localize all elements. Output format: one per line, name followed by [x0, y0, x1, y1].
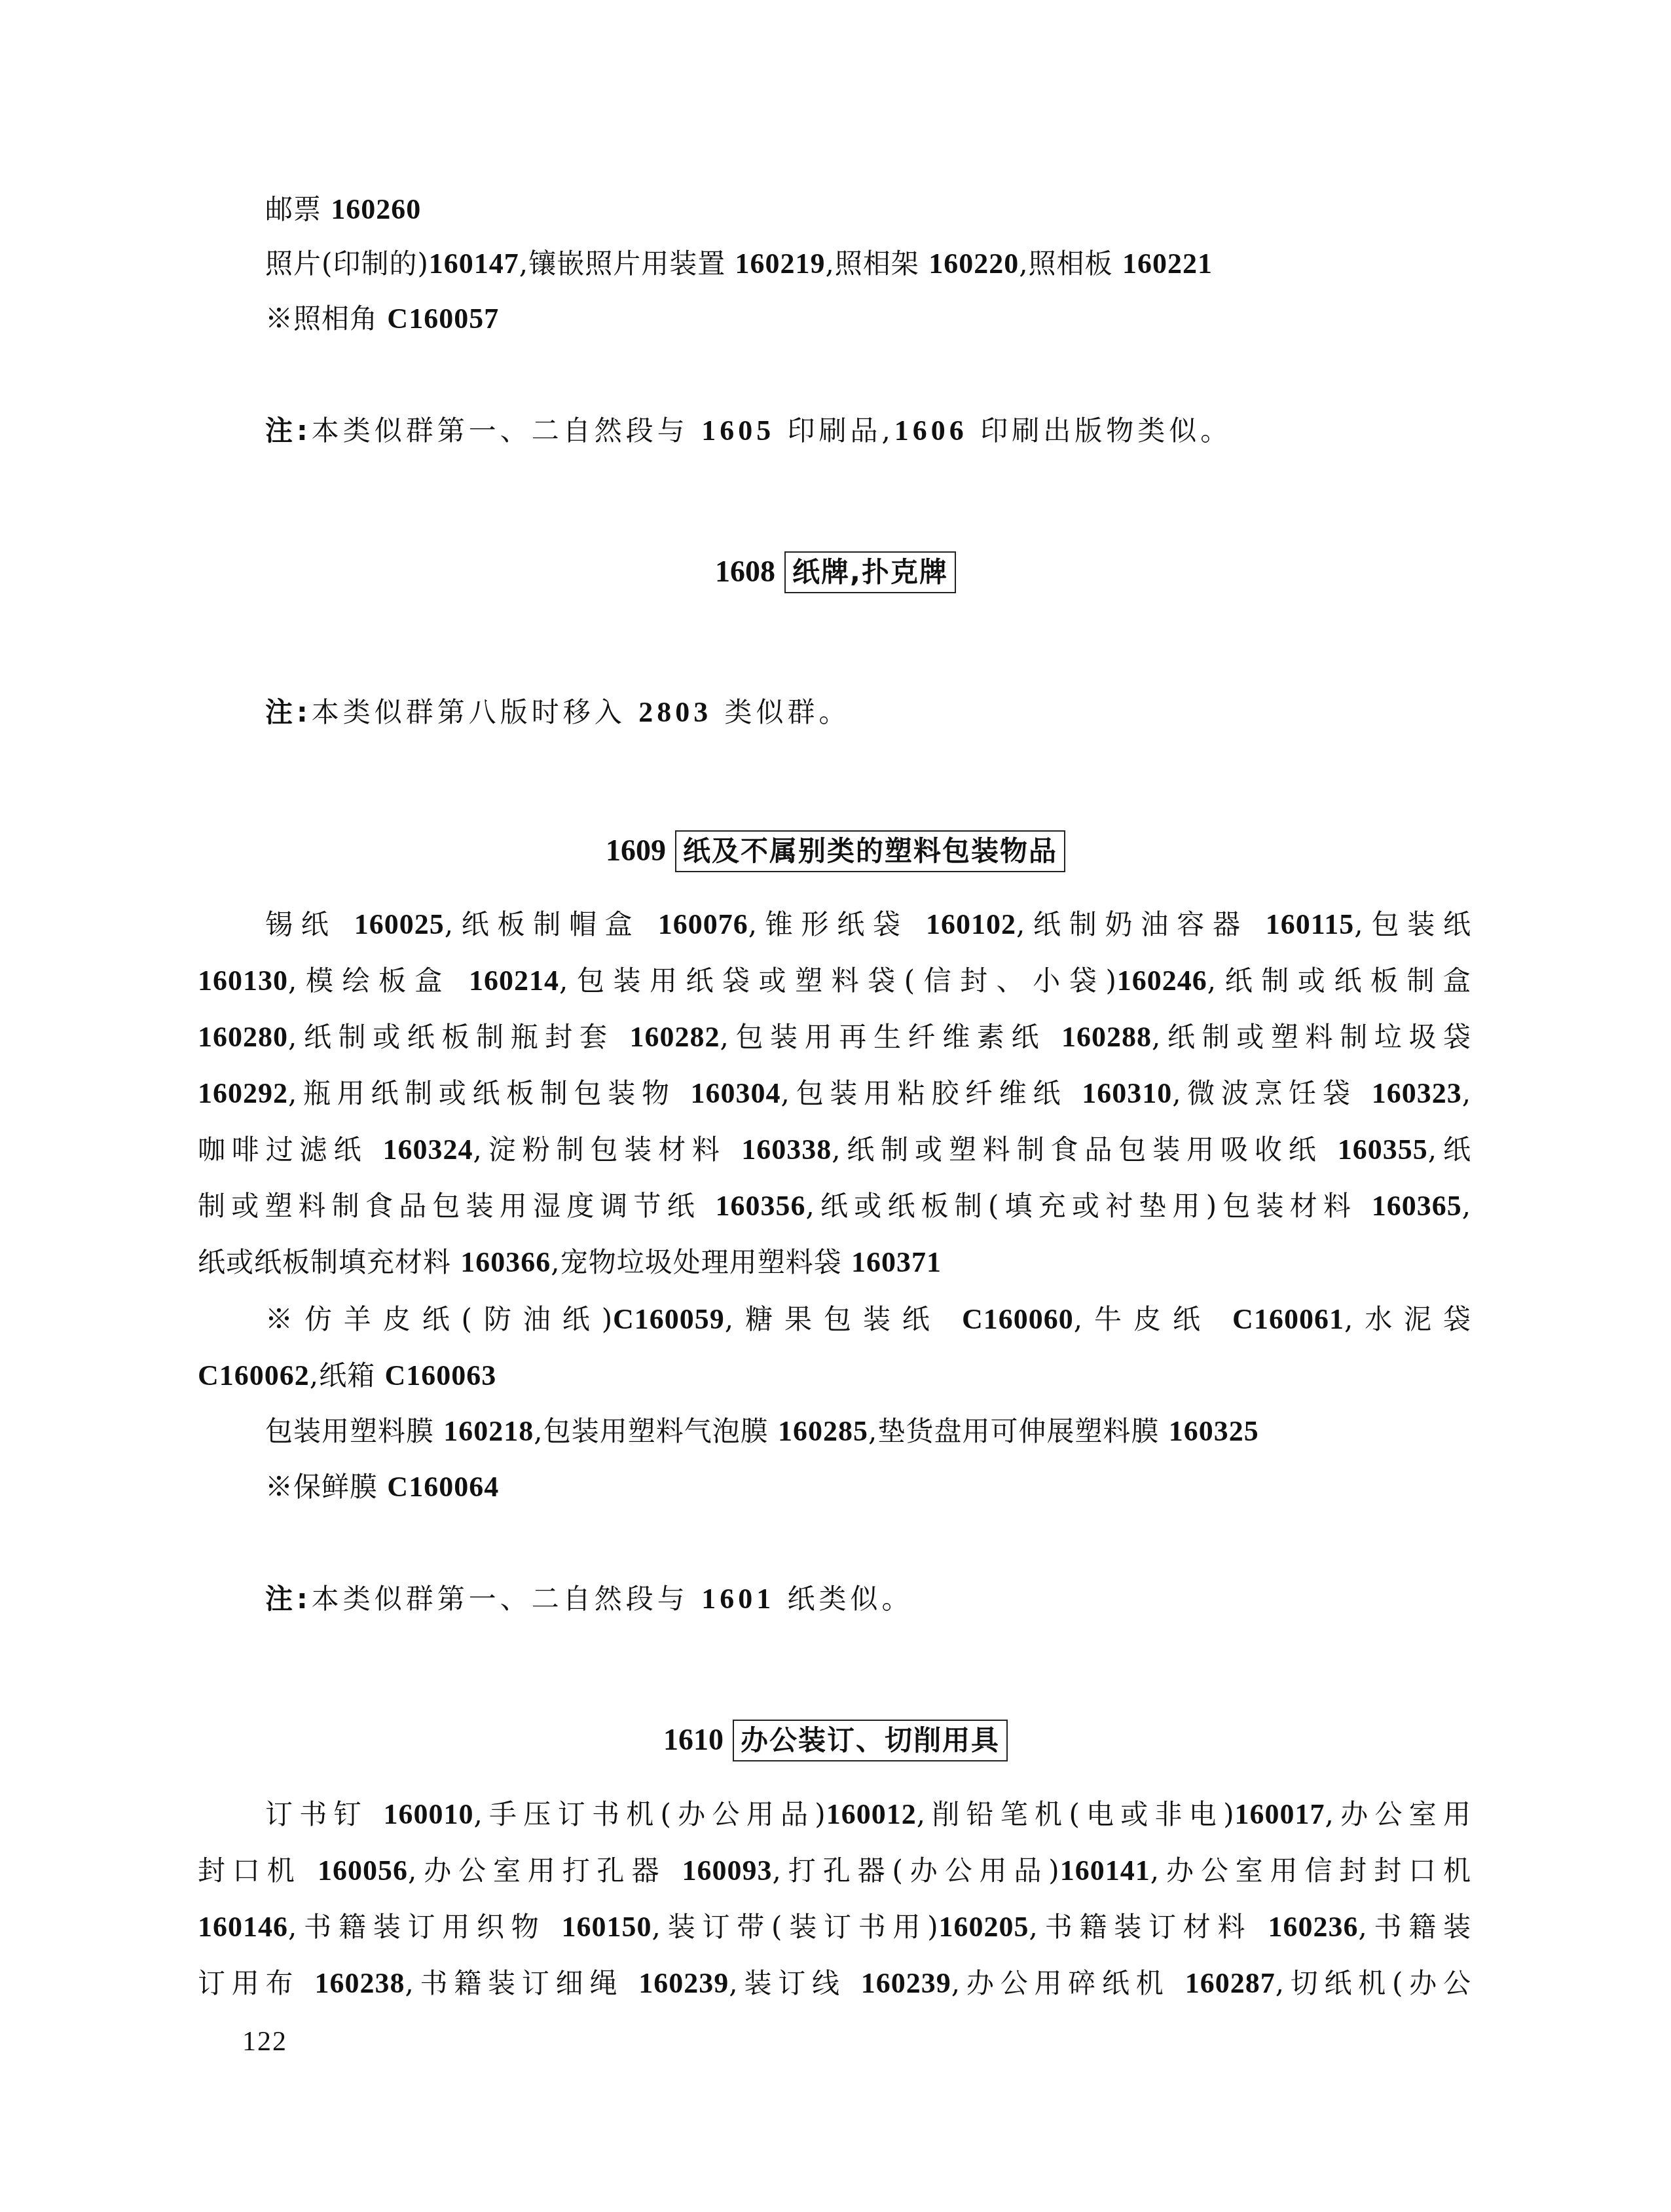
item-text: 订书钉 [265, 1798, 383, 1830]
note-label: 注: [265, 696, 312, 728]
star-line: C160062,纸箱 C160063 [198, 1356, 1471, 1395]
item-text: ,锥形纸袋 [748, 908, 926, 940]
item-text: ,纸板制帽盒 [445, 908, 658, 940]
item-code: C160061 [1232, 1303, 1344, 1335]
item-text: 邮票 [265, 193, 331, 225]
paragraph-line: 160292,瓶用纸制或纸板制包装物 160304,包装用粘胶纤维纸 16031… [198, 1074, 1471, 1113]
item-text: ,瓶用纸制或纸板制包装物 [288, 1077, 691, 1109]
item-text: ,水泥袋 [1344, 1303, 1471, 1335]
item-code: 160147 [429, 248, 519, 280]
item-text: ,宠物垃圾处理用塑料袋 [551, 1246, 851, 1278]
note-text: 本类似群第一、二自然段与 [312, 1583, 701, 1615]
note-ref: 1601 [701, 1583, 775, 1615]
note-1609: 注:本类似群第一、二自然段与 1601 纸类似。 [265, 1579, 1539, 1619]
item-text: ※保鲜膜 [265, 1471, 387, 1503]
paragraph-line: 锡纸 160025,纸板制帽盒 160076,锥形纸袋 160102,纸制奶油容… [265, 905, 1471, 944]
section-number: 1610 [663, 1723, 724, 1756]
item-text: ,书籍装 [1358, 1911, 1471, 1943]
item-line-photo-corners: ※照相角 C160057 [265, 299, 1539, 339]
section-title: 纸牌,扑克牌 [784, 551, 956, 593]
item-code: 160239 [638, 1967, 729, 1999]
item-text: ,削铅笔机(电或非电) [917, 1798, 1235, 1830]
item-code: 160355 [1338, 1134, 1428, 1166]
item-code: C160059 [613, 1303, 725, 1335]
item-code: C160064 [387, 1471, 499, 1503]
item-text: ,纸或纸板制(填充或衬垫用)包装材料 [805, 1190, 1371, 1222]
item-code: 160010 [383, 1798, 473, 1830]
item-code: 160282 [630, 1021, 720, 1053]
item-code: 160325 [1169, 1415, 1259, 1447]
paragraph-line: 订书钉 160010,手压订书机(办公用品)160012,削铅笔机(电或非电)1… [265, 1795, 1471, 1834]
note-text: 印刷品, [775, 415, 894, 447]
item-text: 封口机 [198, 1854, 318, 1887]
item-code: 160238 [314, 1967, 405, 1999]
paragraph-line: 封口机 160056,办公室用打孔器 160093,打孔器(办公用品)16014… [198, 1851, 1471, 1890]
item-text: ,包装用再生纤维素纸 [720, 1021, 1062, 1053]
item-text: ,纸箱 [310, 1359, 385, 1392]
note-text: 类似群。 [712, 696, 850, 728]
item-code: 160076 [658, 908, 748, 940]
item-text: ,牛皮纸 [1074, 1303, 1232, 1335]
note-text: 本类似群第一、二自然段与 [312, 415, 701, 447]
item-text: ,淀粉制包装材料 [473, 1134, 742, 1166]
item-code: 160288 [1061, 1021, 1152, 1053]
item-text: ,办公室用信封封口机 [1150, 1854, 1471, 1887]
item-code: 160056 [318, 1854, 408, 1887]
item-text: ,办公用碎纸机 [951, 1967, 1185, 1999]
section-number: 1609 [606, 834, 666, 867]
item-code: 160338 [741, 1134, 832, 1166]
item-text: 制或塑料制食品包装用湿度调节纸 [198, 1190, 715, 1222]
item-text: ,书籍装订材料 [1029, 1911, 1268, 1943]
item-code: 160239 [861, 1967, 951, 1999]
item-code: 160219 [735, 248, 825, 280]
item-code: 160371 [851, 1246, 942, 1278]
item-text: ,办公室用 [1325, 1798, 1471, 1830]
item-code: 160146 [198, 1911, 288, 1943]
paragraph-line: 订用布 160238,书籍装订细绳 160239,装订线 160239,办公用碎… [198, 1964, 1471, 2003]
item-code: 160304 [691, 1077, 781, 1109]
item-text: ,纸 [1428, 1134, 1471, 1166]
item-code: 160292 [198, 1077, 288, 1109]
item-code: 160093 [682, 1854, 773, 1887]
item-code: 160324 [383, 1134, 473, 1166]
section-title: 办公装订、切削用具 [733, 1720, 1008, 1761]
paragraph-line: 160130,模绘板盒 160214,包装用纸袋或塑料袋(信封、小袋)16024… [198, 961, 1471, 1001]
item-code: 160310 [1082, 1077, 1172, 1109]
item-code: 160150 [562, 1911, 652, 1943]
item-code: 160220 [928, 248, 1019, 280]
item-text: ,切纸机(办公 [1276, 1967, 1471, 1999]
item-code: 160285 [778, 1415, 868, 1447]
item-text: 纸或纸板制填充材料 [198, 1246, 460, 1278]
note-label: 注: [265, 415, 312, 447]
item-code: 160356 [715, 1190, 805, 1222]
item-text: ,包装用粘胶纤维纸 [781, 1077, 1082, 1109]
item-code: 160214 [469, 965, 559, 997]
item-code: 160260 [331, 193, 421, 225]
item-text: ※照相角 [265, 303, 387, 335]
note-1607: 注:本类似群第一、二自然段与 1605 印刷品,1606 印刷出版物类似。 [265, 411, 1539, 451]
item-text: , [1462, 1190, 1471, 1222]
paragraph-line: 160146,书籍装订用织物 160150,装订带(装订书用)160205,书籍… [198, 1908, 1471, 1947]
paragraph-line: 咖啡过滤纸 160324,淀粉制包装材料 160338,纸制或塑料制食品包装用吸… [198, 1130, 1471, 1170]
note-ref: 1605 [701, 415, 775, 447]
item-code: 160287 [1185, 1967, 1276, 1999]
item-code: 160366 [460, 1246, 551, 1278]
item-text: 订用布 [198, 1967, 314, 1999]
item-code: C160057 [387, 303, 499, 335]
item-text: ,纸制或塑料制垃圾袋 [1152, 1021, 1471, 1053]
item-text: 锡纸 [265, 908, 354, 940]
item-code: C160063 [384, 1359, 496, 1392]
page-number: 122 [242, 2022, 287, 2061]
note-text: 印刷出版物类似。 [968, 415, 1232, 447]
item-code: 160025 [354, 908, 445, 940]
note-label: 注: [265, 1583, 312, 1615]
item-code: 160012 [826, 1798, 917, 1830]
item-text: 照片(印制的) [265, 248, 429, 280]
section-heading-1609: 1609纸及不属别类的塑料包装物品 [0, 830, 1671, 872]
star-line: ※仿羊皮纸(防油纸)C160059,糖果包装纸 C160060,牛皮纸 C160… [265, 1300, 1471, 1339]
paragraph-line: 160280,纸制或纸板制瓶封套 160282,包装用再生纤维素纸 160288… [198, 1018, 1471, 1057]
item-text: ,手压订书机(办公用品) [473, 1798, 826, 1830]
section-number: 1608 [715, 555, 775, 588]
item-code: 160205 [939, 1911, 1029, 1943]
note-text: 本类似群第八版时移入 [312, 696, 638, 728]
item-text: ,照相架 [825, 248, 928, 280]
item-text: ,纸制或塑料制食品包装用吸收纸 [832, 1134, 1338, 1166]
item-code: 160221 [1122, 248, 1213, 280]
item-text: ,办公室用打孔器 [408, 1854, 682, 1887]
item-text: 咖啡过滤纸 [198, 1134, 383, 1166]
section-title: 纸及不属别类的塑料包装物品 [675, 830, 1065, 872]
item-text: ,纸制奶油容器 [1016, 908, 1266, 940]
item-text: ,包装纸 [1354, 908, 1471, 940]
item-code: 160323 [1372, 1077, 1462, 1109]
item-text: ,微波烹饪袋 [1172, 1077, 1372, 1109]
item-text: ,包装用塑料气泡膜 [534, 1415, 778, 1447]
item-code: 160115 [1266, 908, 1355, 940]
item-text: ,书籍装订用织物 [288, 1911, 562, 1943]
paragraph-line: 包装用塑料膜 160218,包装用塑料气泡膜 160285,垫货盘用可伸展塑料膜… [265, 1412, 1471, 1451]
item-code: C160062 [198, 1359, 310, 1392]
item-code: 160246 [1117, 965, 1207, 997]
paragraph-line: 制或塑料制食品包装用湿度调节纸 160356,纸或纸板制(填充或衬垫用)包装材料… [198, 1187, 1471, 1226]
star-line: ※保鲜膜 C160064 [265, 1467, 1471, 1507]
item-text: ,糖果包装纸 [725, 1303, 962, 1335]
paragraph-line: 纸或纸板制填充材料 160366,宠物垃圾处理用塑料袋 160371 [198, 1243, 1471, 1282]
item-text: ,照相板 [1019, 248, 1122, 280]
item-line-photos: 照片(印制的)160147,镶嵌照片用装置 160219,照相架 160220,… [265, 244, 1539, 284]
item-line-stamps: 邮票 160260 [265, 190, 1539, 229]
note-1608: 注:本类似群第八版时移入 2803 类似群。 [265, 693, 1539, 732]
item-code: 160280 [198, 1021, 288, 1053]
item-code: 160141 [1060, 1854, 1150, 1887]
item-text: ,打孔器(办公用品) [773, 1854, 1060, 1887]
item-code: C160060 [962, 1303, 1074, 1335]
item-text: , [1462, 1077, 1471, 1109]
item-code: 160365 [1372, 1190, 1462, 1222]
item-text: ,装订线 [729, 1967, 861, 1999]
item-text: ,纸制或纸板制瓶封套 [288, 1021, 630, 1053]
item-code: 160218 [443, 1415, 534, 1447]
item-code: 160102 [926, 908, 1016, 940]
item-text: ,镶嵌照片用装置 [519, 248, 735, 280]
item-code: 160130 [198, 965, 288, 997]
note-ref: 1606 [894, 415, 968, 447]
note-ref: 2803 [638, 696, 712, 728]
item-text: ,装订带(装订书用) [652, 1911, 939, 1943]
item-code: 160236 [1268, 1911, 1358, 1943]
item-text: 包装用塑料膜 [265, 1415, 443, 1447]
item-text: ,包装用纸袋或塑料袋(信封、小袋) [559, 965, 1117, 997]
item-text: ,纸制或纸板制盒 [1207, 965, 1471, 997]
section-heading-1608: 1608纸牌,扑克牌 [0, 551, 1671, 593]
item-code: 160017 [1235, 1798, 1325, 1830]
note-text: 纸类似。 [775, 1583, 913, 1615]
item-text: ,书籍装订细绳 [405, 1967, 638, 1999]
item-text: ,模绘板盒 [288, 965, 469, 997]
item-text: ※仿羊皮纸(防油纸) [265, 1303, 613, 1335]
section-heading-1610: 1610办公装订、切削用具 [0, 1720, 1671, 1761]
item-text: ,垫货盘用可伸展塑料膜 [868, 1415, 1169, 1447]
